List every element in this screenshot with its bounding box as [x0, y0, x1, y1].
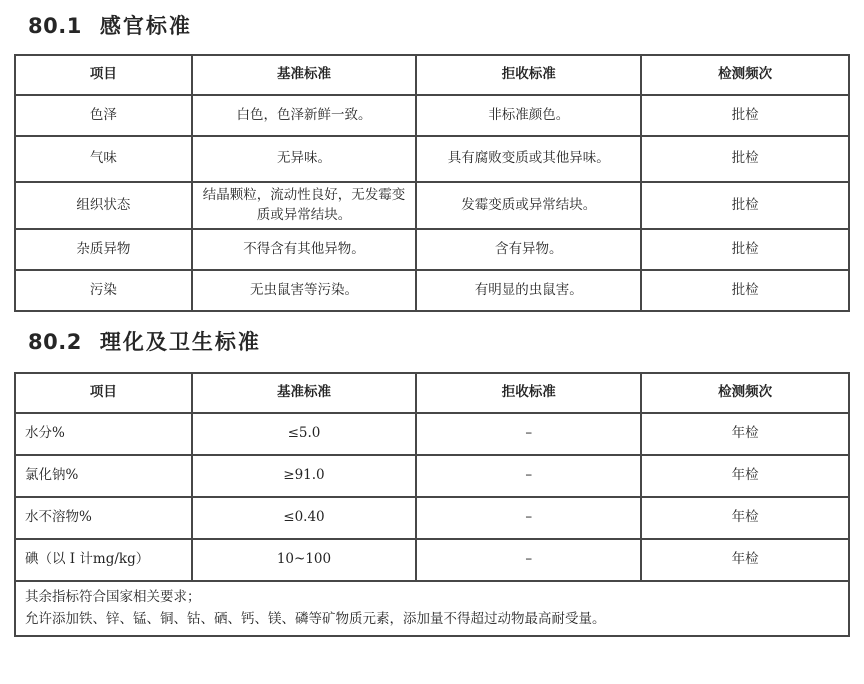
base-standard-cell: 白色，色泽新鲜一致。	[192, 95, 416, 136]
table-header-row: 项目 基准标准 拒收标准 检测频次	[15, 55, 849, 95]
item-cell: 水分%	[15, 413, 192, 455]
table-row: 杂质异物 不得含有其他异物。 含有异物。 批检	[15, 229, 849, 270]
header-item: 项目	[15, 373, 192, 413]
base-standard-cell: 无异味。	[192, 136, 416, 182]
reject-standard-cell: 有明显的虫鼠害。	[416, 270, 641, 311]
header-base-standard: 基准标准	[192, 55, 416, 95]
reject-standard-cell: 非标准颜色。	[416, 95, 641, 136]
section-1-number: 80.1	[28, 14, 82, 38]
header-test-frequency: 检测频次	[641, 373, 849, 413]
note-cell: 其余指标符合国家相关要求； 允许添加铁、锌、锰、铜、钴、硒、钙、镁、磷等矿物质元…	[15, 581, 849, 636]
table-row: 水不溶物% ≤0.40 – 年检	[15, 497, 849, 539]
section-2-number: 80.2	[28, 330, 82, 354]
reject-standard-cell: 含有异物。	[416, 229, 641, 270]
section-1-heading: 80.1 感官标准	[28, 6, 850, 54]
frequency-cell: 年检	[641, 497, 849, 539]
base-standard-cell: 结晶颗粒，流动性良好，无发霉变质或异常结块。	[192, 182, 416, 229]
base-standard-cell: ≤0.40	[192, 497, 416, 539]
frequency-cell: 批检	[641, 95, 849, 136]
item-cell: 污染	[15, 270, 192, 311]
reject-standard-cell: –	[416, 497, 641, 539]
item-cell: 气味	[15, 136, 192, 182]
table-row: 气味 无异味。 具有腐败变质或其他异味。 批检	[15, 136, 849, 182]
reject-standard-cell: –	[416, 455, 641, 497]
header-test-frequency: 检测频次	[641, 55, 849, 95]
frequency-cell: 年检	[641, 539, 849, 581]
note-line-1: 其余指标符合国家相关要求；	[25, 587, 839, 609]
base-standard-cell: 10~100	[192, 539, 416, 581]
header-item: 项目	[15, 55, 192, 95]
table-row: 组织状态 结晶颗粒，流动性良好，无发霉变质或异常结块。 发霉变质或异常结块。 批…	[15, 182, 849, 229]
table-row: 色泽 白色，色泽新鲜一致。 非标准颜色。 批检	[15, 95, 849, 136]
item-cell: 色泽	[15, 95, 192, 136]
section-2-title: 理化及卫生标准	[100, 326, 261, 356]
frequency-cell: 批检	[641, 270, 849, 311]
document-page: 80.1 感官标准 项目 基准标准 拒收标准 检测频次 色泽 白色，色泽新鲜一致…	[0, 0, 864, 637]
header-base-standard: 基准标准	[192, 373, 416, 413]
frequency-cell: 年检	[641, 455, 849, 497]
base-standard-cell: ≥91.0	[192, 455, 416, 497]
base-standard-cell: ≤5.0	[192, 413, 416, 455]
section-2-heading: 80.2 理化及卫生标准	[28, 312, 850, 372]
table-row: 碘（以 I 计mg/kg） 10~100 – 年检	[15, 539, 849, 581]
physico-chemical-standards-table: 项目 基准标准 拒收标准 检测频次 水分% ≤5.0 – 年检 氯化钠% ≥91…	[14, 372, 850, 637]
header-reject-standard: 拒收标准	[416, 373, 641, 413]
table-note-row: 其余指标符合国家相关要求； 允许添加铁、锌、锰、铜、钴、硒、钙、镁、磷等矿物质元…	[15, 581, 849, 636]
base-standard-cell: 无虫鼠害等污染。	[192, 270, 416, 311]
reject-standard-cell: 具有腐败变质或其他异味。	[416, 136, 641, 182]
frequency-cell: 年检	[641, 413, 849, 455]
item-cell: 氯化钠%	[15, 455, 192, 497]
reject-standard-cell: 发霉变质或异常结块。	[416, 182, 641, 229]
table-row: 氯化钠% ≥91.0 – 年检	[15, 455, 849, 497]
item-cell: 杂质异物	[15, 229, 192, 270]
frequency-cell: 批检	[641, 182, 849, 229]
header-reject-standard: 拒收标准	[416, 55, 641, 95]
note-line-2: 允许添加铁、锌、锰、铜、钴、硒、钙、镁、磷等矿物质元素，添加量不得超过动物最高耐…	[25, 609, 839, 631]
reject-standard-cell: –	[416, 413, 641, 455]
sensory-standards-table: 项目 基准标准 拒收标准 检测频次 色泽 白色，色泽新鲜一致。 非标准颜色。 批…	[14, 54, 850, 312]
item-cell: 碘（以 I 计mg/kg）	[15, 539, 192, 581]
reject-standard-cell: –	[416, 539, 641, 581]
table-header-row: 项目 基准标准 拒收标准 检测频次	[15, 373, 849, 413]
item-cell: 水不溶物%	[15, 497, 192, 539]
base-standard-cell: 不得含有其他异物。	[192, 229, 416, 270]
table-row: 水分% ≤5.0 – 年检	[15, 413, 849, 455]
section-1-title: 感官标准	[100, 10, 192, 40]
frequency-cell: 批检	[641, 229, 849, 270]
item-cell: 组织状态	[15, 182, 192, 229]
frequency-cell: 批检	[641, 136, 849, 182]
table-row: 污染 无虫鼠害等污染。 有明显的虫鼠害。 批检	[15, 270, 849, 311]
